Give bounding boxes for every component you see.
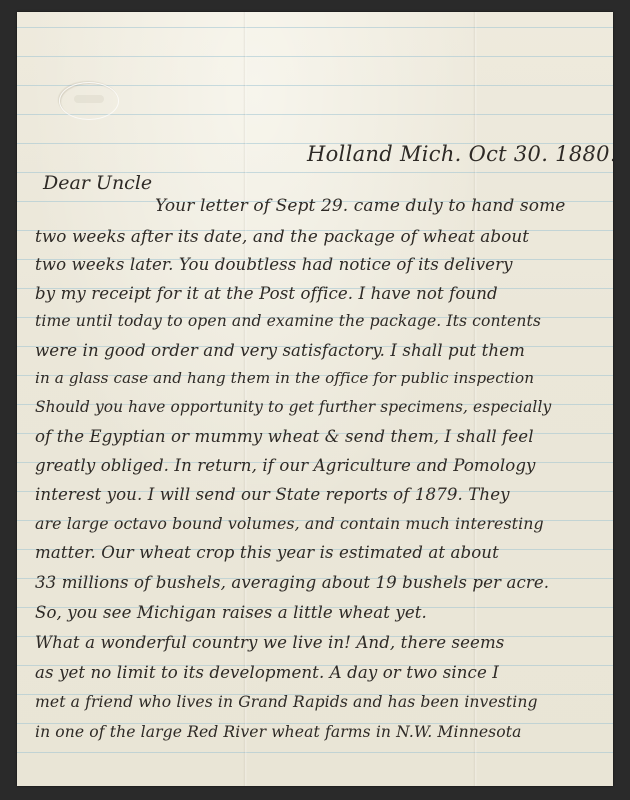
letter-line: interest you. I will send our State repo… [35, 485, 510, 504]
letter-salutation: Dear Uncle [43, 172, 152, 194]
letter-line: were in good order and very satisfactory… [35, 341, 525, 360]
letter-line: greatly obliged. In return, if our Agric… [35, 456, 536, 475]
letter-line: met a friend who lives in Grand Rapids a… [35, 693, 538, 711]
letter-line: in a glass case and hang them in the off… [35, 369, 534, 387]
letter-line: two weeks after its date, and the packag… [35, 226, 529, 246]
letter-line: What a wonderful country we live in! And… [35, 633, 504, 652]
letter-line: So, you see Michigan raises a little whe… [35, 603, 427, 622]
letter-page: Holland Mich. Oct 30. 1880. Dear Uncle Y… [17, 12, 613, 786]
letter-line: time until today to open and examine the… [35, 312, 541, 330]
letter-line: as yet no limit to its development. A da… [35, 663, 499, 682]
letter-line: two weeks later. You doubtless had notic… [35, 255, 513, 274]
letter-line: in one of the large Red River wheat farm… [35, 723, 522, 741]
letter-line: by my receipt for it at the Post office.… [35, 284, 498, 303]
letter-line: of the Egyptian or mummy wheat & send th… [35, 427, 534, 446]
letter-line: matter. Our wheat crop this year is esti… [35, 543, 499, 562]
letter-line: Your letter of Sept 29. came duly to han… [155, 196, 565, 216]
scan-frame: Holland Mich. Oct 30. 1880. Dear Uncle Y… [0, 0, 630, 800]
letter-line: are large octavo bound volumes, and cont… [35, 514, 544, 533]
letter-line: Should you have opportunity to get furth… [35, 398, 551, 416]
letter-line: 33 millions of bushels, averaging about … [35, 573, 549, 592]
letter-dateline: Holland Mich. Oct 30. 1880. [307, 142, 613, 166]
